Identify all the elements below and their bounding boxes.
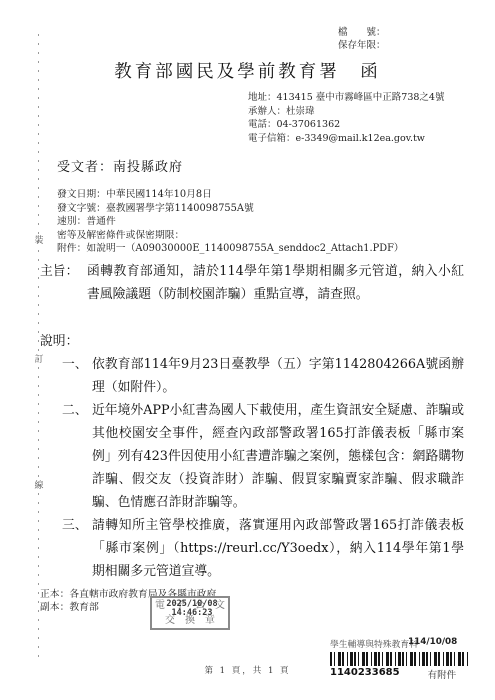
item-text: 請轉知所主管學校推廣，落實運用內政部警政署165打詐儀表板「縣市案例」（http… <box>92 514 464 583</box>
sender-address: 地址：413415 臺中市霧峰區中正路738之4號 <box>248 91 476 105</box>
receive-date-overlay: 114/10/08 <box>408 637 457 647</box>
issue-date-line: 發文日期：中華民國114年10月8日 <box>57 188 467 202</box>
page-footer: 第 1 頁，共 1 頁 <box>0 664 495 676</box>
original-copy-line: 正本：各直轄市政府教育局及各縣市政府 <box>40 588 440 601</box>
confidentiality-line: 密等及解密條件或保密期限： <box>57 229 467 243</box>
item-number: 一、 <box>62 353 92 399</box>
document-meta-block: 發文日期：中華民國114年10月8日 發文字號：臺教國署學字第114009875… <box>57 188 467 256</box>
description-item: 二、 近年境外APP小紅書為國人下載使用，產生資訊安全疑慮、詐騙或其他校園安全事… <box>62 399 464 514</box>
receiving-department: 學生輔導與特殊教育科 <box>330 637 480 650</box>
copies-block: 正本：各直轄市政府教育局及各縣市政府 副本：教育部 <box>40 588 440 614</box>
file-number-label: 檔 號： <box>338 26 488 39</box>
stamp-datetime-overlay: 2025/10/08 14:46:23 <box>146 600 238 618</box>
description-items: 一、 依教育部114年9月23日臺教學（五）字第1142804266A號函辦理（… <box>62 353 464 583</box>
subject-text: 函轉教育部通知，請於114學年第1學期相關多元管道，納入小紅書風險議題（防制校園… <box>87 260 464 306</box>
file-number-block: 檔 號： 保存年限： <box>338 26 488 52</box>
item-text: 近年境外APP小紅書為國人下載使用，產生資訊安全疑慮、詐騙或其他校園安全事件，經… <box>92 399 464 514</box>
sender-phone: 電話：04-37061362 <box>248 118 476 132</box>
attachment-line: 附件：如說明一（A09030000E_1140098755A_senddoc2_… <box>57 242 467 256</box>
item-number: 二、 <box>62 399 92 514</box>
subject-label: 主旨： <box>40 260 87 306</box>
subject-paragraph: 主旨： 函轉教育部通知，請於114學年第1學期相關多元管道，納入小紅書風險議題（… <box>40 260 464 306</box>
electronic-exchange-stamp: 電 子 公 文 交 換 章 2025/10/08 14:46:23 <box>150 596 230 630</box>
stamp-time: 14:46:23 <box>146 609 238 618</box>
description-item: 三、 請轉知所主管學校推廣，落實運用內政部警政署165打詐儀表板「縣市案例」（h… <box>62 514 464 583</box>
sender-email: 電子信箱：e-3349@mail.k12ea.gov.tw <box>248 132 476 146</box>
binding-mark-xian: 線 <box>32 478 46 491</box>
priority-line: 速別：普通件 <box>57 215 467 229</box>
issue-number-line: 發文字號：臺教國署學字第1140098755A號 <box>57 202 467 216</box>
description-item: 一、 依教育部114年9月23日臺教學（五）字第1142804266A號函辦理（… <box>62 353 464 399</box>
carbon-copy-line: 副本：教育部 <box>40 601 440 614</box>
sender-contact-block: 地址：413415 臺中市霧峰區中正路738之4號 承辦人：杜崇瑋 電話：04-… <box>248 91 476 145</box>
item-number: 三、 <box>62 514 92 583</box>
description-label: 說明： <box>40 330 78 353</box>
binding-mark-ding: 訂 <box>32 352 46 365</box>
official-letter-page: 裝 訂 線 檔 號： 保存年限： 教育部國民及學前教育署 函 地址：413415… <box>0 0 495 700</box>
retention-period-label: 保存年限： <box>338 39 488 52</box>
binding-mark-zhuang: 裝 <box>32 233 46 246</box>
recipient-line: 受文者：南投縣政府 <box>57 156 183 175</box>
document-title: 教育部國民及學前教育署 函 <box>0 58 495 83</box>
item-text: 依教育部114年9月23日臺教學（五）字第1142804266A號函辦理（如附件… <box>92 353 464 399</box>
sender-contact-person: 承辦人：杜崇瑋 <box>248 105 476 119</box>
